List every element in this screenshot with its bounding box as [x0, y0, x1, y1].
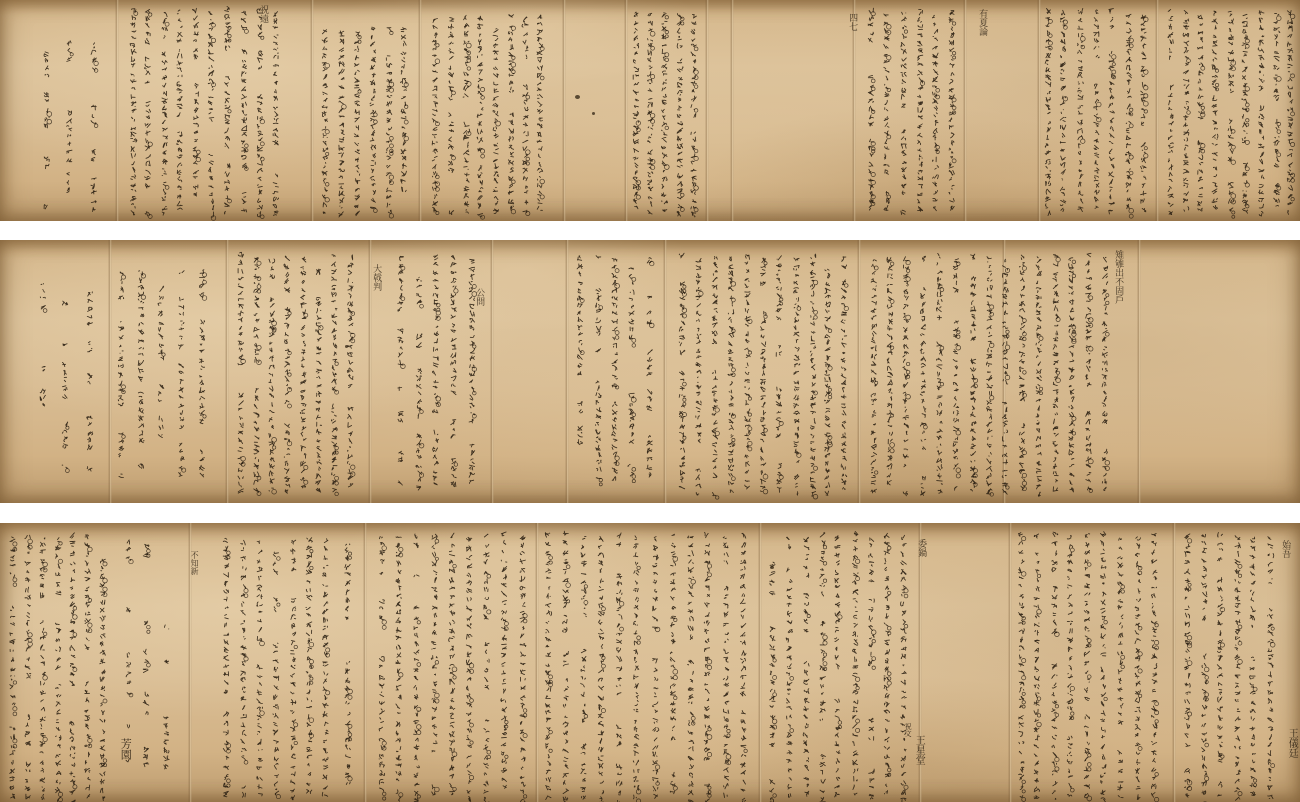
- punctuation-circles: [121, 273, 206, 473]
- manuscript-strip-3: 不知新委鍋祝文王星堂芳園始吾王儀廷: [0, 523, 1300, 802]
- punctuation-circles: [134, 12, 265, 221]
- paper-texture: [0, 240, 1300, 503]
- punctuation-circles: [874, 257, 1109, 496]
- fold-seam: [963, 0, 967, 221]
- text-block-ink: [868, 8, 954, 214]
- text-block-ink: [432, 15, 542, 217]
- text-block-ink: [1184, 533, 1273, 802]
- punctuation-circles: [1021, 537, 1158, 802]
- fold-seam: [852, 0, 856, 221]
- text-block-ink: [40, 284, 93, 472]
- text-block-ink: [10, 533, 106, 802]
- punctuation-circles: [435, 26, 544, 219]
- section-title-label: 委鍋: [916, 539, 925, 557]
- fold-seam: [1037, 0, 1041, 221]
- fold-seam: [565, 240, 569, 503]
- fold-seam: [115, 0, 119, 221]
- text-block-ink: [223, 538, 328, 800]
- fold-seam: [1137, 240, 1141, 503]
- ink-speck: [592, 112, 595, 115]
- fold-seam: [663, 240, 667, 503]
- fold-seam: [225, 240, 229, 503]
- fold-seam: [108, 240, 112, 503]
- fold-seam: [624, 0, 628, 221]
- punctuation-circles: [241, 261, 355, 496]
- fold-seam: [363, 523, 367, 802]
- fold-seam: [1172, 523, 1176, 802]
- punctuation-circles: [47, 53, 98, 128]
- manuscript-photo: 祝遠四七有夏論 大戟判公問雉雊出不固戶 不知新委鍋祝文王星堂芳園始吾王儀廷: [0, 0, 1300, 802]
- punctuation-circles: [129, 549, 151, 697]
- punctuation-circles: [549, 556, 748, 802]
- punctuation-circles: [382, 539, 527, 802]
- signature-label: 王儀廷: [1286, 728, 1296, 758]
- fold-seam: [705, 0, 709, 221]
- punctuation-circles: [636, 16, 698, 212]
- punctuation-circles: [401, 266, 477, 477]
- text-block-ink: [398, 255, 475, 490]
- manuscript-strip-1: 祝遠四七有夏論: [0, 0, 1300, 221]
- punctuation-circles: [871, 12, 956, 206]
- ink-speck: [770, 566, 774, 569]
- punctuation-circles: [1187, 14, 1295, 218]
- fold-seam: [562, 0, 566, 221]
- ink-speck: [575, 95, 580, 99]
- signature-label: 芳園: [120, 738, 131, 760]
- ink-speck: [345, 345, 348, 348]
- text-block-ink: [679, 253, 847, 496]
- text-block-ink: [126, 540, 169, 769]
- text-block-ink: [545, 531, 746, 802]
- paper-texture: [0, 0, 1300, 221]
- fold-seam: [730, 0, 734, 221]
- text-block-ink: [871, 253, 1108, 496]
- signature-label: 祝文: [904, 723, 911, 737]
- text-block-ink: [322, 27, 406, 217]
- signature-label: 王星堂: [913, 735, 923, 765]
- text-block-ink: [238, 252, 353, 493]
- punctuation-circles: [13, 539, 108, 802]
- text-block-ink: [1168, 9, 1293, 216]
- punctuation-circles: [580, 261, 654, 486]
- fold-seam: [857, 240, 861, 503]
- fold-seam: [758, 523, 762, 802]
- text-block-ink: [633, 12, 696, 217]
- text-block-ink: [577, 256, 652, 481]
- fold-seam: [1008, 523, 1012, 802]
- punctuation-circles: [682, 262, 848, 500]
- punctuation-circles: [1048, 17, 1148, 218]
- fold-seam: [535, 523, 539, 802]
- punctuation-circles: [325, 31, 409, 218]
- text-block-ink: [44, 41, 96, 212]
- fold-seam: [1002, 240, 1006, 503]
- section-title-label: 雉雊出不固戶: [1113, 250, 1122, 304]
- punctuation-circles: [1187, 539, 1275, 796]
- punctuation-circles: [43, 309, 69, 473]
- text-block-ink: [345, 544, 351, 785]
- section-title-label: 不知新: [190, 551, 198, 575]
- punctuation-circles: [348, 552, 353, 781]
- text-block-ink: [1019, 532, 1158, 802]
- section-title-label: 公問: [474, 288, 483, 306]
- text-block-ink: [770, 532, 907, 802]
- fold-seam: [490, 240, 494, 503]
- section-title-label: 始吾: [1280, 540, 1289, 558]
- text-block-ink: [1045, 8, 1146, 215]
- fold-seam: [310, 0, 314, 221]
- text-block-ink: [130, 7, 278, 218]
- manuscript-strip-2: 大戟判公問雉雊出不固戶: [0, 240, 1300, 503]
- folio-number-label: 四七: [847, 13, 856, 31]
- fold-seam: [418, 0, 422, 221]
- section-title-label: 大戟判: [371, 264, 380, 291]
- section-title-label: 有夏論: [977, 9, 986, 36]
- punctuation-circles: [226, 550, 330, 799]
- text-block-ink: [118, 270, 205, 478]
- section-title-label: 祝遠: [258, 5, 267, 23]
- fold-seam: [1155, 0, 1159, 221]
- text-block-ink: [379, 532, 526, 802]
- handwriting-ink-layer: [0, 0, 1300, 221]
- punctuation-circles: [772, 546, 908, 802]
- handwriting-ink-layer: [0, 240, 1300, 503]
